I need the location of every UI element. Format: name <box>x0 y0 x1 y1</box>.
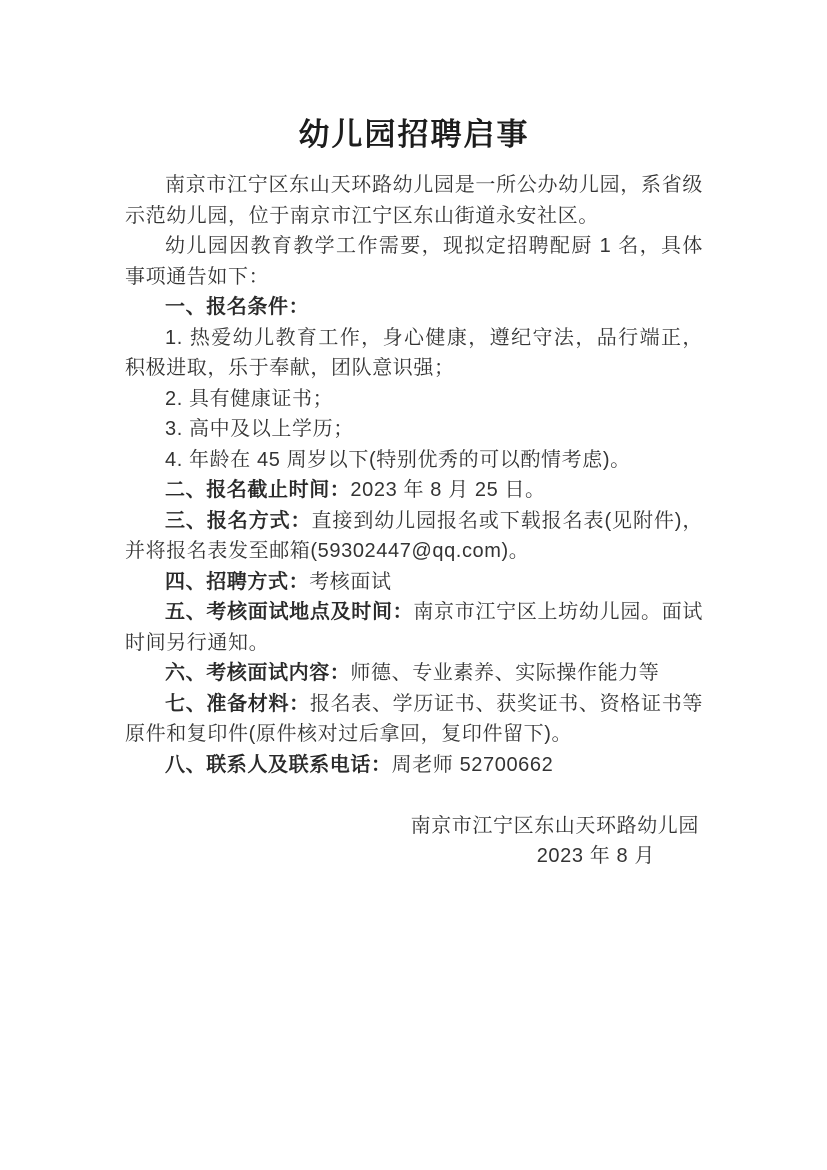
signature-line: 南京市江宁区东山天环路幼儿园 <box>125 811 703 842</box>
paragraph: 三、报名方式：直接到幼儿园报名或下载报名表(见附件)，并将报名表发至邮箱(593… <box>125 506 703 567</box>
paragraph-list: 南京市江宁区东山天环路幼儿园是一所公办幼儿园，系省级示范幼儿园，位于南京市江宁区… <box>125 170 703 780</box>
paragraph-text: 1. 热爱幼儿教育工作，身心健康，遵纪守法，品行端正，积极进取，乐于奉献，团队意… <box>125 327 703 380</box>
paragraph: 3. 高中及以上学历； <box>125 414 703 445</box>
paragraph: 4. 年龄在 45 周岁以下(特别优秀的可以酌情考虑)。 <box>125 445 703 476</box>
page-title: 幼儿园招聘启事 <box>125 114 703 156</box>
paragraph-text: 考核面试 <box>309 571 391 593</box>
section-heading: 一、报名条件： <box>165 296 309 318</box>
paragraph: 八、联系人及联系电话：周老师 52700662 <box>125 750 703 781</box>
section-heading: 三、报名方式： <box>165 510 311 532</box>
paragraph: 南京市江宁区东山天环路幼儿园是一所公办幼儿园，系省级示范幼儿园，位于南京市江宁区… <box>125 170 703 231</box>
paragraph-text: 2. 具有健康证书； <box>165 388 333 410</box>
paragraph: 二、报名截止时间：2023 年 8 月 25 日。 <box>125 475 703 506</box>
paragraph: 一、报名条件： <box>125 292 703 323</box>
section-heading: 四、招聘方式： <box>165 571 309 593</box>
paragraph-text: 3. 高中及以上学历； <box>165 418 354 440</box>
paragraph-text: 2023 年 8 月 25 日。 <box>350 479 545 501</box>
document-content: 幼儿园招聘启事 南京市江宁区东山天环路幼儿园是一所公办幼儿园，系省级示范幼儿园，… <box>125 114 703 872</box>
paragraph: 五、考核面试地点及时间：南京市江宁区上坊幼儿园。面试时间另行通知。 <box>125 597 703 658</box>
section-heading: 七、准备材料： <box>165 693 310 715</box>
section-heading: 八、联系人及联系电话： <box>165 754 392 776</box>
section-heading: 五、考核面试地点及时间： <box>165 601 413 623</box>
paragraph: 1. 热爱幼儿教育工作，身心健康，遵纪守法，品行端正，积极进取，乐于奉献，团队意… <box>125 323 703 384</box>
paragraph-text: 4. 年龄在 45 周岁以下(特别优秀的可以酌情考虑)。 <box>165 449 631 471</box>
section-heading: 六、考核面试内容： <box>165 662 350 684</box>
paragraph-text: 师德、专业素养、实际操作能力等 <box>350 662 659 684</box>
date-line: 2023 年 8 月 <box>125 841 703 872</box>
paragraph: 四、招聘方式：考核面试 <box>125 567 703 598</box>
paragraph-text: 南京市江宁区东山天环路幼儿园是一所公办幼儿园，系省级示范幼儿园，位于南京市江宁区… <box>125 174 703 227</box>
paragraph-text: 幼儿园因教育教学工作需要，现拟定招聘配厨 1 名，具体事项通告如下： <box>125 235 703 288</box>
paragraph: 幼儿园因教育教学工作需要，现拟定招聘配厨 1 名，具体事项通告如下： <box>125 231 703 292</box>
paragraph: 七、准备材料：报名表、学历证书、获奖证书、资格证书等原件和复印件(原件核对过后拿… <box>125 689 703 750</box>
paragraph-text: 周老师 52700662 <box>392 754 554 776</box>
paragraph: 六、考核面试内容：师德、专业素养、实际操作能力等 <box>125 658 703 689</box>
document-page: 幼儿园招聘启事 南京市江宁区东山天环路幼儿园是一所公办幼儿园，系省级示范幼儿园，… <box>0 0 827 1170</box>
paragraph: 2. 具有健康证书； <box>125 384 703 415</box>
section-heading: 二、报名截止时间： <box>165 479 350 501</box>
